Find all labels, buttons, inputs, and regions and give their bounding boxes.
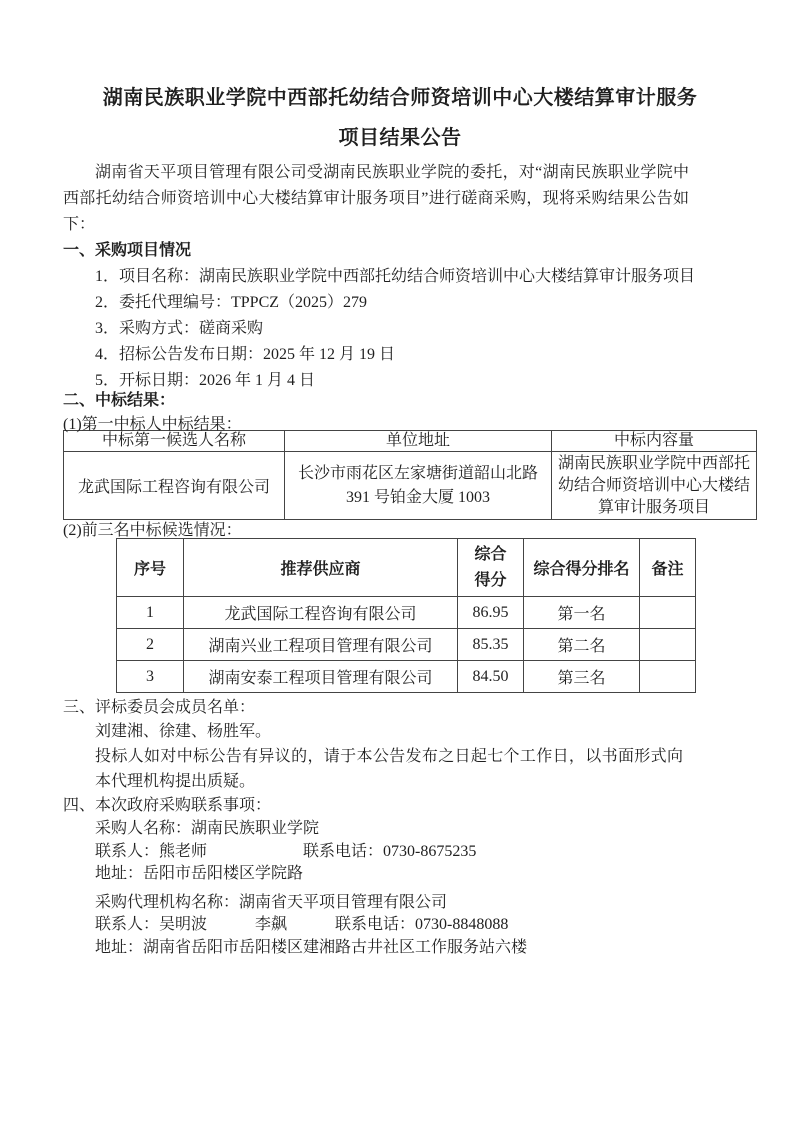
- table-row: 2 湖南兴业工程项目管理有限公司 85.35 第二名: [117, 629, 696, 661]
- buyer-contact-line: 联系人：熊老师 联系电话：0730-8675235: [95, 841, 737, 864]
- list-item-project-name: 1．项目名称：湖南民族职业学院中西部托幼结合师资培训中心大楼结算审计服务项目: [95, 264, 737, 290]
- document-title-line2: 项目结果公告: [339, 127, 462, 149]
- cell-score: 86.95: [458, 597, 524, 629]
- table-header-row: 中标第一候选人名称 单位地址 中标内容量: [64, 431, 757, 452]
- candidates-table: 序号 推荐供应商 综合得分 综合得分排名 备注 1 龙武国际工程咨询有限公司 8…: [116, 538, 696, 693]
- header-rank: 综合得分排名: [524, 539, 640, 597]
- buyer-contact-block: 采购人名称：湖南民族职业学院 联系人：熊老师 联系电话：0730-8675235…: [95, 818, 737, 886]
- header-remark: 备注: [640, 539, 696, 597]
- header-score: 综合得分: [458, 539, 524, 597]
- section1-heading: 一、采购项目情况: [63, 238, 737, 264]
- cell-serial-no: 1: [117, 597, 184, 629]
- buyer-address: 地址：岳阳市岳阳楼区学院路: [95, 863, 737, 886]
- agency-name: 采购代理机构名称：湖南省天平项目管理有限公司: [95, 892, 737, 915]
- cell-score: 85.35: [458, 629, 524, 661]
- table-row: 3 湖南安泰工程项目管理有限公司 84.50 第三名: [117, 661, 696, 693]
- header-supplier: 推荐供应商: [184, 539, 458, 597]
- table-row: 1 龙武国际工程咨询有限公司 86.95 第一名: [117, 597, 696, 629]
- cell-rank: 第二名: [524, 629, 640, 661]
- cell-remark: [640, 629, 696, 661]
- section3-heading: 三、评标委员会成员名单：: [63, 696, 737, 720]
- cell-score: 84.50: [458, 661, 524, 693]
- cell-serial-no: 3: [117, 661, 184, 693]
- header-serial-no: 序号: [117, 539, 184, 597]
- cell-rank: 第三名: [524, 661, 640, 693]
- table-header-row: 序号 推荐供应商 综合得分 综合得分排名 备注: [117, 539, 696, 597]
- objection-note: 投标人如对中标公告有异议的，请于本公告发布之日起七个工作日，以书面形式向本代理机…: [95, 744, 683, 794]
- section2-heading: 二、中标结果：: [63, 388, 737, 414]
- cell-serial-no: 2: [117, 629, 184, 661]
- cell-rank: 第一名: [524, 597, 640, 629]
- header-unit-address: 单位地址: [285, 431, 552, 452]
- header-score-text: 综合得分: [475, 542, 507, 594]
- cell-remark: [640, 597, 696, 629]
- section4-heading: 四、本次政府采购联系事项：: [63, 794, 737, 818]
- cell-winner-name: 龙武国际工程咨询有限公司: [64, 452, 285, 520]
- table-row: 龙武国际工程咨询有限公司 长沙市雨花区左家塘街道韶山北路 391 号铂金大厦 1…: [64, 452, 757, 520]
- agency-contact-line: 联系人：吴明波 李飙 联系电话：0730-8848088: [95, 914, 737, 937]
- list-item-announcement-date: 4．招标公告发布日期：2025 年 12 月 19 日: [95, 342, 737, 368]
- intro-paragraph: 湖南省天平项目管理有限公司受湖南民族职业学院的委托，对“湖南民族职业学院中西部托…: [63, 160, 689, 238]
- cell-unit-address: 长沙市雨花区左家塘街道韶山北路 391 号铂金大厦 1003: [285, 452, 552, 520]
- project-info-list: 1．项目名称：湖南民族职业学院中西部托幼结合师资培训中心大楼结算审计服务项目 2…: [63, 264, 737, 394]
- list-item-agency-code: 2．委托代理编号：TPPCZ（2025）279: [95, 290, 737, 316]
- list-item-procurement-method: 3．采购方式：磋商采购: [95, 316, 737, 342]
- buyer-name: 采购人名称：湖南民族职业学院: [95, 818, 737, 841]
- first-winner-table: 中标第一候选人名称 单位地址 中标内容量 龙武国际工程咨询有限公司 长沙市雨花区…: [63, 430, 757, 520]
- cell-supplier: 龙武国际工程咨询有限公司: [184, 597, 458, 629]
- cell-supplier: 湖南安泰工程项目管理有限公司: [184, 661, 458, 693]
- agency-contact-block: 采购代理机构名称：湖南省天平项目管理有限公司 联系人：吴明波 李飙 联系电话：0…: [95, 892, 737, 960]
- cell-supplier: 湖南兴业工程项目管理有限公司: [184, 629, 458, 661]
- committee-members: 刘建湘、徐建、杨胜军。: [95, 720, 737, 744]
- cell-remark: [640, 661, 696, 693]
- header-bid-content: 中标内容量: [552, 431, 757, 452]
- document-title: 湖南民族职业学院中西部托幼结合师资培训中心大楼结算审计服务 项目结果公告: [63, 78, 737, 158]
- cell-bid-content: 湖南民族职业学院中西部托幼结合师资培训中心大楼结算审计服务项目: [552, 452, 757, 520]
- announcement-page: 湖南民族职业学院中西部托幼结合师资培训中心大楼结算审计服务 项目结果公告 湖南省…: [0, 0, 800, 1132]
- agency-address: 地址：湖南省岳阳市岳阳楼区建湘路古井社区工作服务站六楼: [95, 937, 737, 960]
- document-title-line1: 湖南民族职业学院中西部托幼结合师资培训中心大楼结算审计服务: [103, 87, 698, 109]
